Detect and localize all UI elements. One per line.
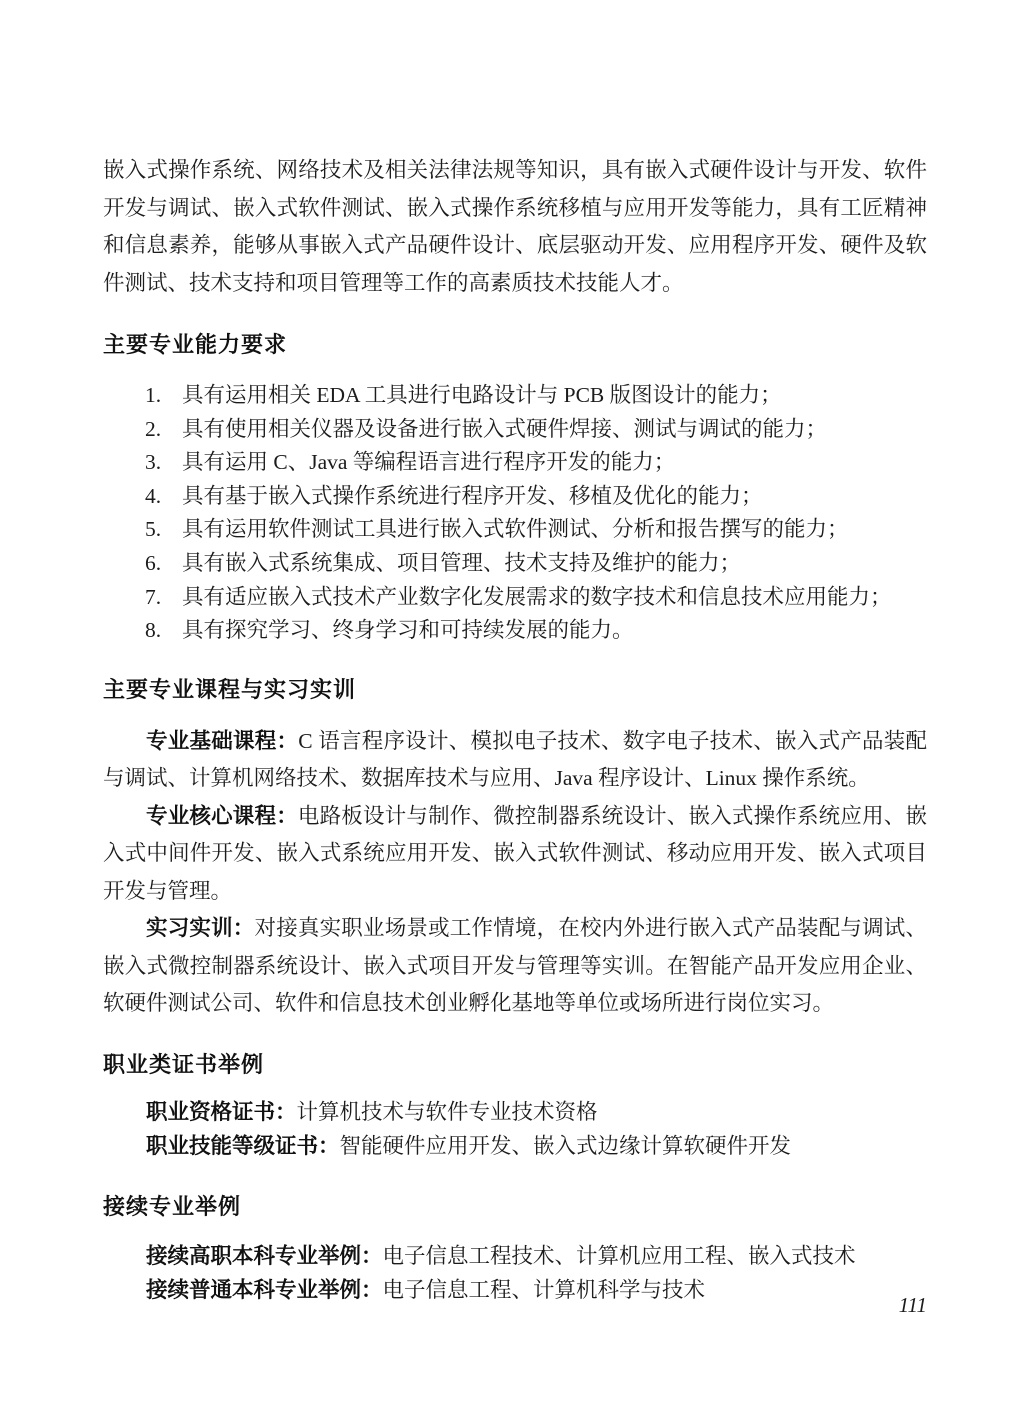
page-content: 嵌入式操作系统、网络技术及相关法律法规等知识，具有嵌入式硬件设计与开发、软件开发…	[103, 152, 927, 1308]
paragraph-label: 职业资格证书：	[146, 1100, 297, 1124]
list-item: 1. 具有运用相关 EDA 工具进行电路设计与 PCB 版图设计的能力；	[103, 379, 927, 413]
paragraph-label: 专业核心课程：	[146, 804, 298, 828]
section-title-continuation: 接续专业举例	[103, 1190, 927, 1221]
regular-bachelor-paragraph: 接续普通本科专业举例：电子信息工程、计算机科学与技术	[103, 1273, 927, 1308]
paragraph-label: 接续普通本科专业举例：	[146, 1278, 383, 1302]
core-courses-paragraph: 专业核心课程：电路板设计与制作、微控制器系统设计、嵌入式操作系统应用、嵌入式中间…	[103, 798, 927, 911]
list-item-number: 7.	[145, 581, 182, 615]
paragraph-text: 智能硬件应用开发、嵌入式边缘计算软硬件开发	[340, 1134, 792, 1158]
paragraph-text: 电子信息工程、计算机科学与技术	[383, 1278, 706, 1302]
list-item: 4. 具有基于嵌入式操作系统进行程序开发、移植及优化的能力；	[103, 480, 927, 514]
skill-level-certificate-paragraph: 职业技能等级证书：智能硬件应用开发、嵌入式边缘计算软硬件开发	[103, 1129, 927, 1164]
ability-list: 1. 具有运用相关 EDA 工具进行电路设计与 PCB 版图设计的能力； 2. …	[103, 379, 927, 648]
list-item-number: 3.	[145, 446, 182, 480]
list-item: 2. 具有使用相关仪器及设备进行嵌入式硬件焊接、测试与调试的能力；	[103, 413, 927, 447]
list-item-text: 具有探究学习、终身学习和可持续发展的能力。	[182, 614, 927, 648]
list-item-text: 具有基于嵌入式操作系统进行程序开发、移植及优化的能力；	[182, 480, 927, 514]
section-title-abilities: 主要专业能力要求	[103, 328, 927, 359]
intro-paragraph: 嵌入式操作系统、网络技术及相关法律法规等知识，具有嵌入式硬件设计与开发、软件开发…	[103, 152, 927, 302]
list-item-number: 8.	[145, 614, 182, 648]
list-item-number: 4.	[145, 480, 182, 514]
paragraph-label: 职业技能等级证书：	[146, 1134, 340, 1158]
list-item-text: 具有运用相关 EDA 工具进行电路设计与 PCB 版图设计的能力；	[182, 379, 927, 413]
list-item: 5. 具有运用软件测试工具进行嵌入式软件测试、分析和报告撰写的能力；	[103, 513, 927, 547]
list-item-text: 具有使用相关仪器及设备进行嵌入式硬件焊接、测试与调试的能力；	[182, 413, 927, 447]
document-page: 嵌入式操作系统、网络技术及相关法律法规等知识，具有嵌入式硬件设计与开发、软件开发…	[0, 0, 1024, 1426]
list-item-text: 具有运用软件测试工具进行嵌入式软件测试、分析和报告撰写的能力；	[182, 513, 927, 547]
paragraph-text: 计算机技术与软件专业技术资格	[297, 1100, 598, 1124]
paragraph-text: 电子信息工程技术、计算机应用工程、嵌入式技术	[383, 1244, 856, 1268]
section-title-courses: 主要专业课程与实习实训	[103, 673, 927, 704]
internship-paragraph: 实习实训：对接真实职业场景或工作情境，在校内外进行嵌入式产品装配与调试、嵌入式微…	[103, 910, 927, 1023]
section-title-certificates: 职业类证书举例	[103, 1048, 927, 1079]
paragraph-label: 专业基础课程：	[146, 729, 298, 753]
paragraph-label: 接续高职本科专业举例：	[146, 1244, 383, 1268]
list-item-number: 6.	[145, 547, 182, 581]
list-item: 6. 具有嵌入式系统集成、项目管理、技术支持及维护的能力；	[103, 547, 927, 581]
list-item: 7. 具有适应嵌入式技术产业数字化发展需求的数字技术和信息技术应用能力；	[103, 581, 927, 615]
list-item-text: 具有嵌入式系统集成、项目管理、技术支持及维护的能力；	[182, 547, 927, 581]
qualification-certificate-paragraph: 职业资格证书：计算机技术与软件专业技术资格	[103, 1095, 927, 1130]
list-item: 3. 具有运用 C、Java 等编程语言进行程序开发的能力；	[103, 446, 927, 480]
list-item-text: 具有适应嵌入式技术产业数字化发展需求的数字技术和信息技术应用能力；	[182, 581, 927, 615]
page-number: 111	[899, 1293, 927, 1318]
list-item: 8. 具有探究学习、终身学习和可持续发展的能力。	[103, 614, 927, 648]
list-item-number: 2.	[145, 413, 182, 447]
vocational-bachelor-paragraph: 接续高职本科专业举例：电子信息工程技术、计算机应用工程、嵌入式技术	[103, 1239, 927, 1274]
list-item-number: 5.	[145, 513, 182, 547]
list-item-number: 1.	[145, 379, 182, 413]
basic-courses-paragraph: 专业基础课程：C 语言程序设计、模拟电子技术、数字电子技术、嵌入式产品装配与调试…	[103, 723, 927, 798]
paragraph-label: 实习实训：	[146, 916, 255, 940]
list-item-text: 具有运用 C、Java 等编程语言进行程序开发的能力；	[182, 446, 927, 480]
